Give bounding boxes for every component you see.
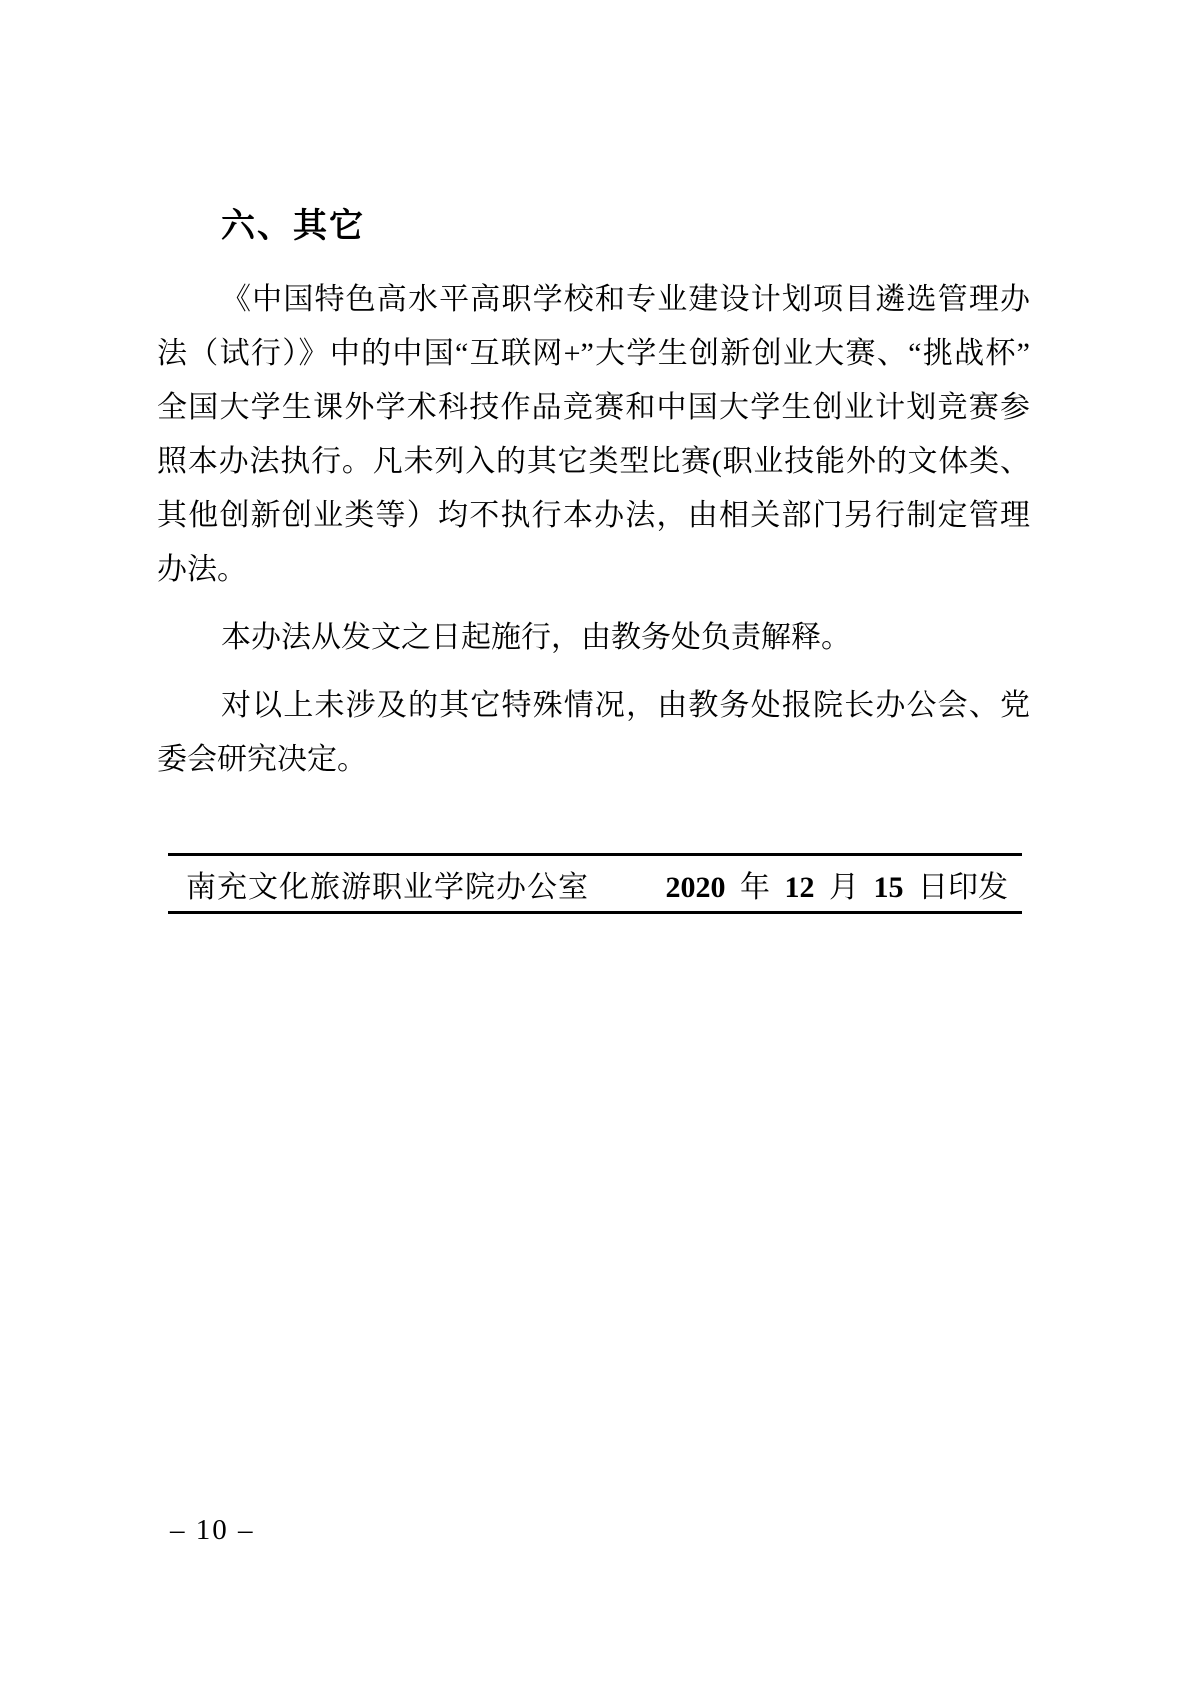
print-date-year-unit: 年 bbox=[740, 871, 770, 904]
paragraph: 本办法从发文之日起施行，由教务处负责解释。 bbox=[157, 611, 1030, 665]
document-body: 《中国特色高水平高职学校和专业建设计划项目遴选管理办 法（试行）》中的中国“互联… bbox=[157, 273, 1030, 787]
issuing-office: 南充文化旅游职业学院办公室 bbox=[186, 862, 589, 906]
print-date: 2020 年 12 月 15 日印发 bbox=[666, 862, 1009, 906]
paragraph: 对以上未涉及的其它特殊情况，由教务处报院长办公会、党 委会研究决定。 bbox=[157, 679, 1030, 787]
print-date-suffix: 日印发 bbox=[918, 871, 1008, 904]
paragraph-line: 法（试行）》中的中国“互联网+”大学生创新创业大赛、“挑战杯” bbox=[157, 327, 1030, 381]
print-date-month-unit: 月 bbox=[829, 871, 859, 904]
paragraph-line: 委会研究决定。 bbox=[157, 733, 1030, 787]
paragraph-line: 照本办法执行。凡未列入的其它类型比赛(职业技能外的文体类、 bbox=[157, 435, 1030, 489]
paragraph-line: 全国大学生课外学术科技作品竞赛和中国大学生创业计划竞赛参 bbox=[157, 381, 1030, 435]
paragraph-line: 对以上未涉及的其它特殊情况，由教务处报院长办公会、党 bbox=[157, 679, 1030, 733]
print-date-day: 15 bbox=[874, 871, 904, 904]
document-page: 六、其它 《中国特色高水平高职学校和专业建设计划项目遴选管理办 法（试行）》中的… bbox=[0, 0, 1191, 1684]
page-number: – 10 – bbox=[170, 1514, 255, 1547]
print-date-year: 2020 bbox=[666, 871, 726, 904]
paragraph: 《中国特色高水平高职学校和专业建设计划项目遴选管理办 法（试行）》中的中国“互联… bbox=[157, 273, 1030, 597]
paragraph-line: 《中国特色高水平高职学校和专业建设计划项目遴选管理办 bbox=[157, 273, 1030, 327]
colophon-bar: 南充文化旅游职业学院办公室 2020 年 12 月 15 日印发 bbox=[168, 853, 1022, 914]
section-heading: 六、其它 bbox=[221, 208, 365, 245]
paragraph-line: 本办法从发文之日起施行，由教务处负责解释。 bbox=[157, 611, 1030, 665]
paragraph-line: 其他创新创业类等）均不执行本办法，由相关部门另行制定管理 bbox=[157, 489, 1030, 543]
paragraph-line: 办法。 bbox=[157, 543, 1030, 597]
print-date-month: 12 bbox=[785, 871, 815, 904]
